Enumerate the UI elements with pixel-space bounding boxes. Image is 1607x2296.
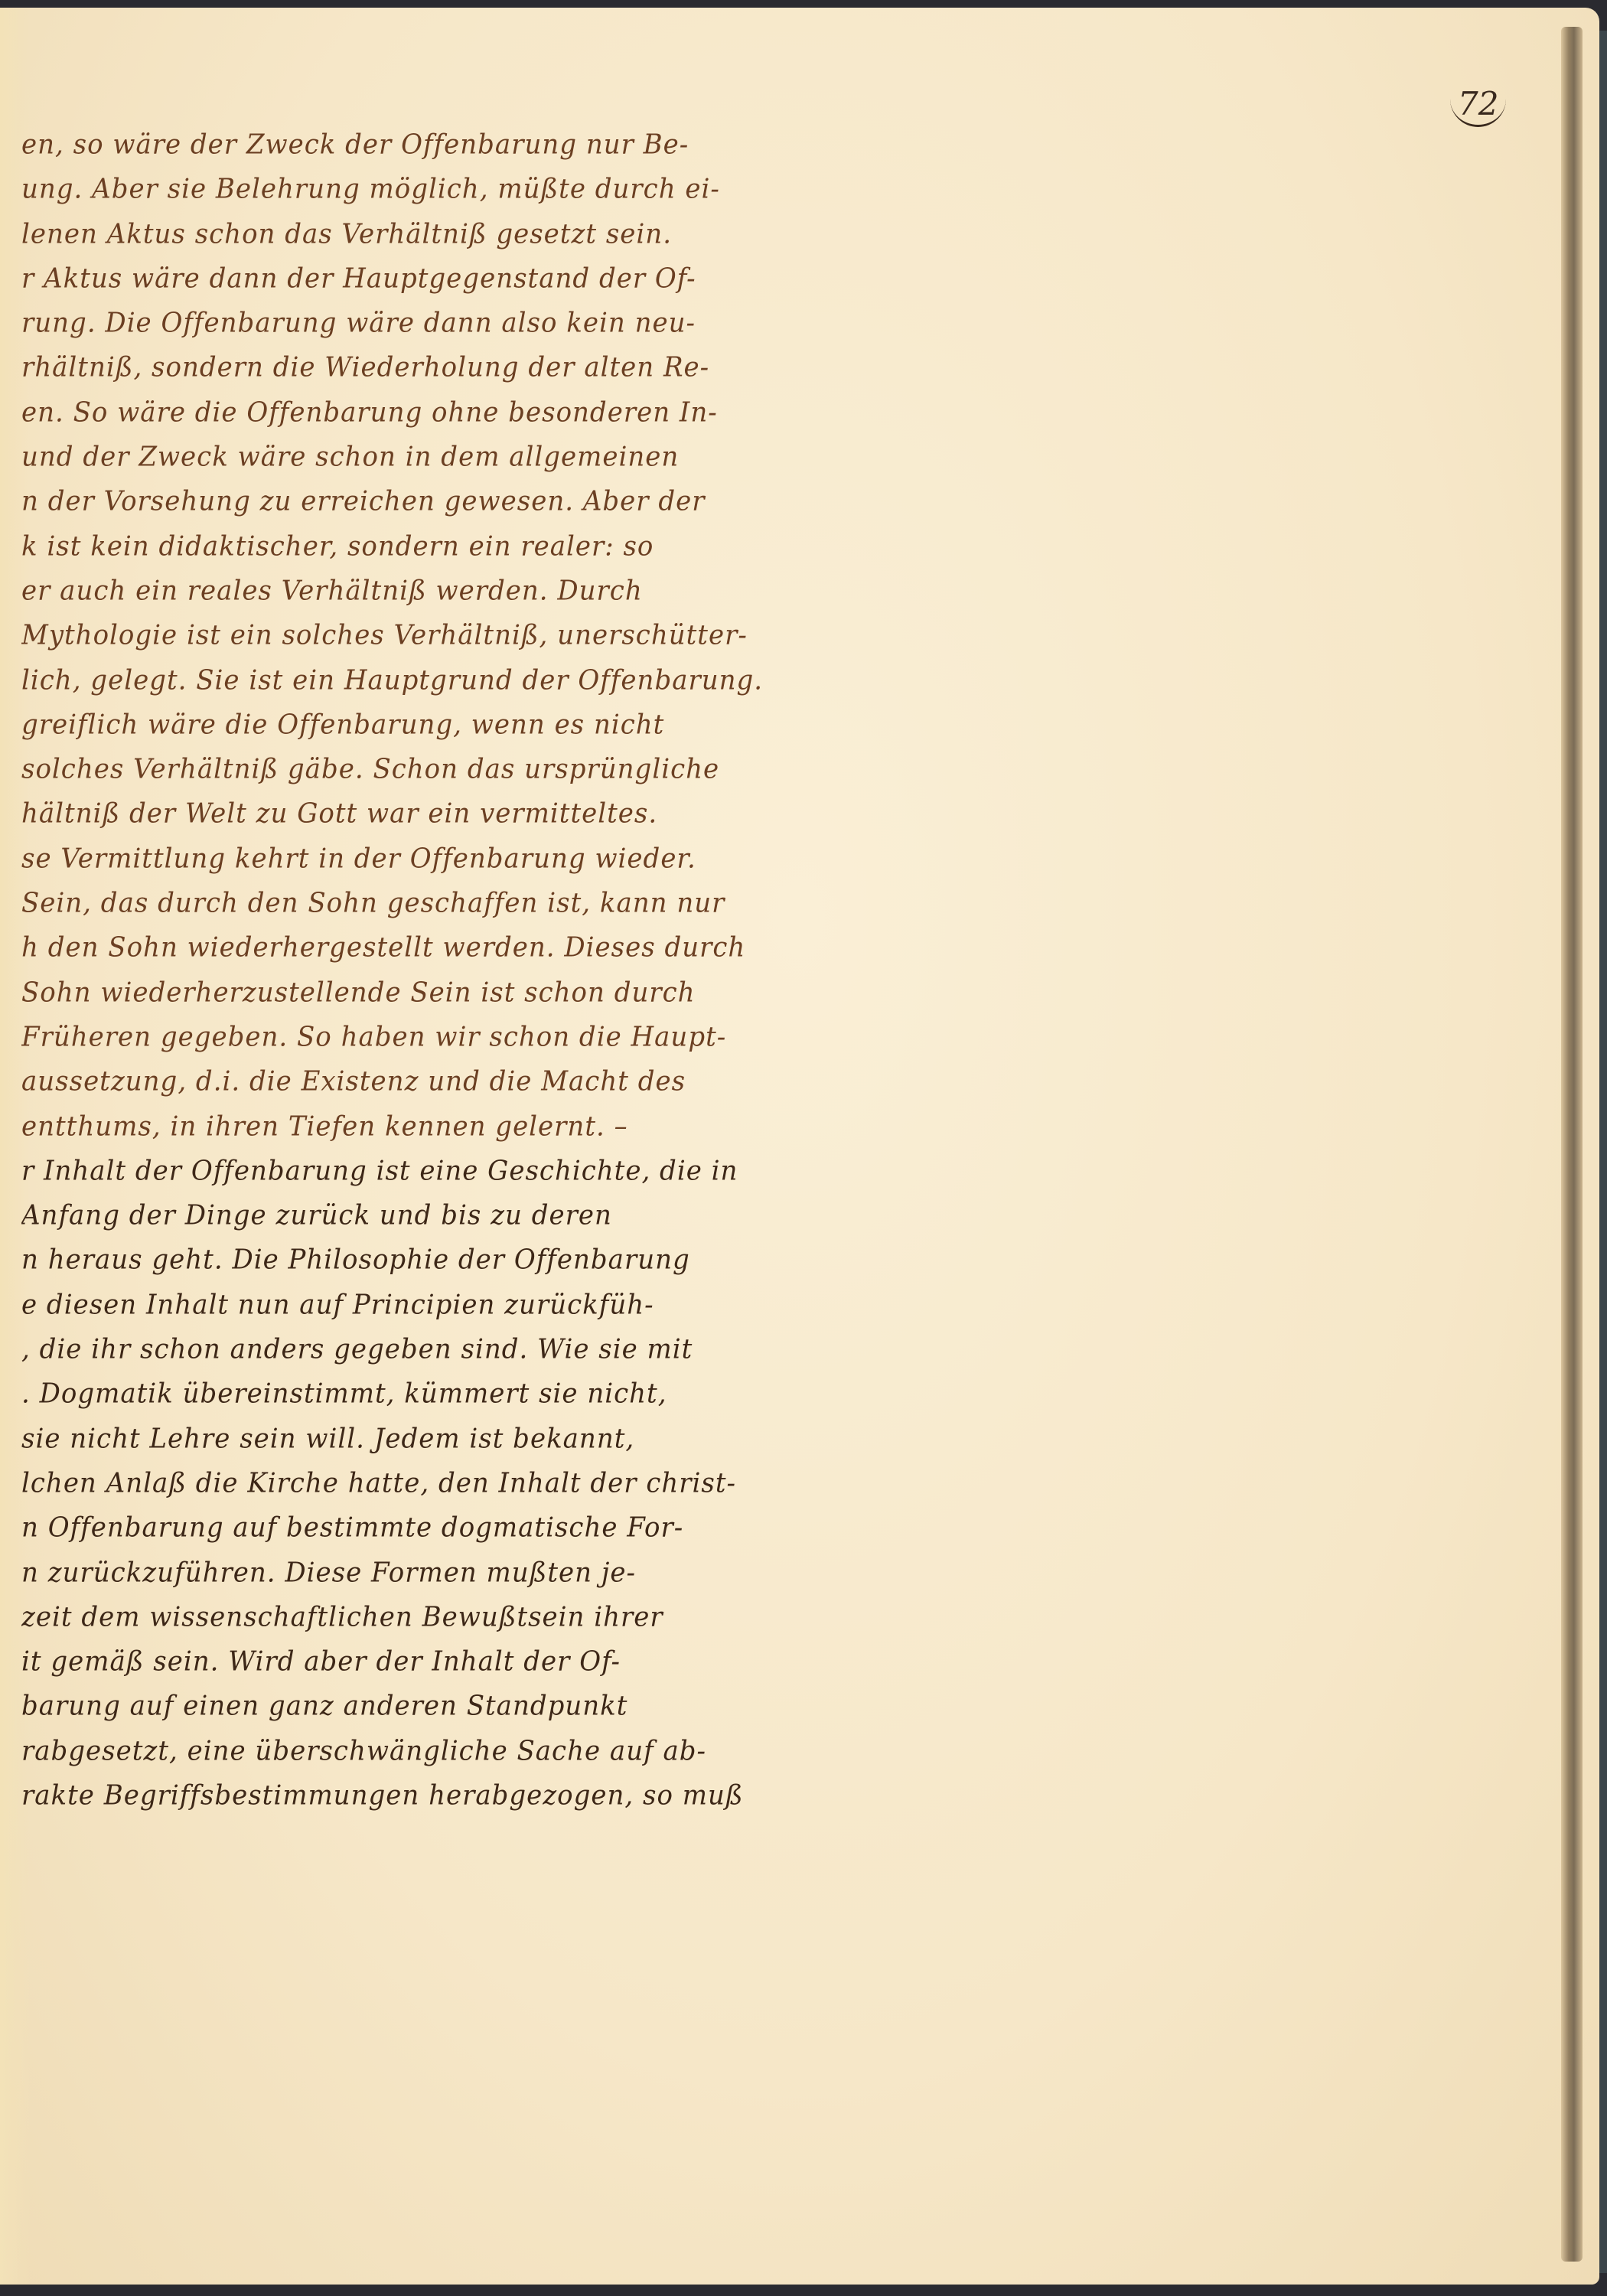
- text-line: k ist kein didaktischer, sondern ein rea…: [21, 523, 848, 569]
- text-line: n Offenbarung auf bestimmte dogmatische …: [21, 1505, 848, 1551]
- text-line: Sein, das durch den Sohn geschaffen ist,…: [21, 880, 848, 927]
- text-line: se Vermittlung kehrt in der Offenbarung …: [21, 835, 848, 882]
- text-line: , die ihr schon anders gegeben sind. Wie…: [21, 1326, 848, 1373]
- text-line: r Inhalt der Offenbarung ist eine Geschi…: [21, 1147, 848, 1194]
- text-line: Mythologie ist ein solches Verhältniß, u…: [21, 612, 848, 659]
- text-line: r Aktus wäre dann der Hauptgegenstand de…: [21, 255, 848, 302]
- text-line: en, so wäre der Zweck der Offenbarung nu…: [21, 122, 848, 168]
- text-line: greiflich wäre die Offenbarung, wenn es …: [21, 701, 848, 748]
- text-line: und der Zweck wäre schon in dem allgemei…: [21, 434, 848, 481]
- text-line: aussetzung, d.i. die Existenz und die Ma…: [21, 1058, 848, 1105]
- manuscript-page: 72 en, so wäre der Zweck der Offenbarung…: [0, 8, 1599, 2285]
- text-line: rakte Begriffsbestimmungen herabgezogen,…: [21, 1773, 848, 1819]
- text-line: n der Vorsehung zu erreichen gewesen. Ab…: [21, 478, 848, 525]
- text-line: e diesen Inhalt nun auf Principien zurüc…: [21, 1281, 848, 1328]
- handwritten-text: en, so wäre der Zweck der Offenbarung nu…: [21, 122, 848, 1818]
- text-line: en. So wäre die Offenbarung ohne besonde…: [21, 389, 848, 435]
- text-line: n zurückzuführen. Diese Formen mußten je…: [21, 1549, 848, 1596]
- text-line: h den Sohn wiederhergestellt werden. Die…: [21, 925, 848, 971]
- text-line: rhältniß, sondern die Wiederholung der a…: [21, 344, 848, 391]
- text-line: sie nicht Lehre sein will. Jedem ist bek…: [21, 1415, 848, 1462]
- manuscript-scan: 72 en, so wäre der Zweck der Offenbarung…: [0, 0, 1607, 2296]
- text-line: hältniß der Welt zu Gott war ein vermitt…: [21, 791, 848, 837]
- text-line: lenen Aktus schon das Verhältniß gesetzt…: [21, 210, 848, 257]
- text-line: lich, gelegt. Sie ist ein Hauptgrund der…: [21, 657, 848, 703]
- page-fore-edge: [1561, 27, 1583, 2262]
- text-line: entthums, in ihren Tiefen kennen gelernt…: [21, 1103, 848, 1150]
- page-number: 72: [1450, 88, 1506, 127]
- text-line: solches Verhältniß gäbe. Schon das urspr…: [21, 746, 848, 793]
- text-line: Sohn wiederherzustellende Sein ist schon…: [21, 969, 848, 1016]
- text-line: n heraus geht. Die Philosophie der Offen…: [21, 1237, 848, 1283]
- text-line: ung. Aber sie Belehrung möglich, müßte d…: [21, 166, 848, 213]
- text-line: . Dogmatik übereinstimmt, kümmert sie ni…: [21, 1371, 848, 1417]
- text-line: zeit dem wissenschaftlichen Bewußtsein i…: [21, 1593, 848, 1640]
- text-line: rung. Die Offenbarung wäre dann also kei…: [21, 300, 848, 347]
- text-line: rabgesetzt, eine überschwängliche Sache …: [21, 1727, 848, 1774]
- text-line: Anfang der Dinge zurück und bis zu deren: [21, 1192, 848, 1239]
- text-line: er auch ein reales Verhältniß werden. Du…: [21, 568, 848, 615]
- text-line: barung auf einen ganz anderen Standpunkt: [21, 1683, 848, 1730]
- text-line: Früheren gegeben. So haben wir schon die…: [21, 1013, 848, 1060]
- text-line: lchen Anlaß die Kirche hatte, den Inhalt…: [21, 1459, 848, 1506]
- text-line: it gemäß sein. Wird aber der Inhalt der …: [21, 1639, 848, 1685]
